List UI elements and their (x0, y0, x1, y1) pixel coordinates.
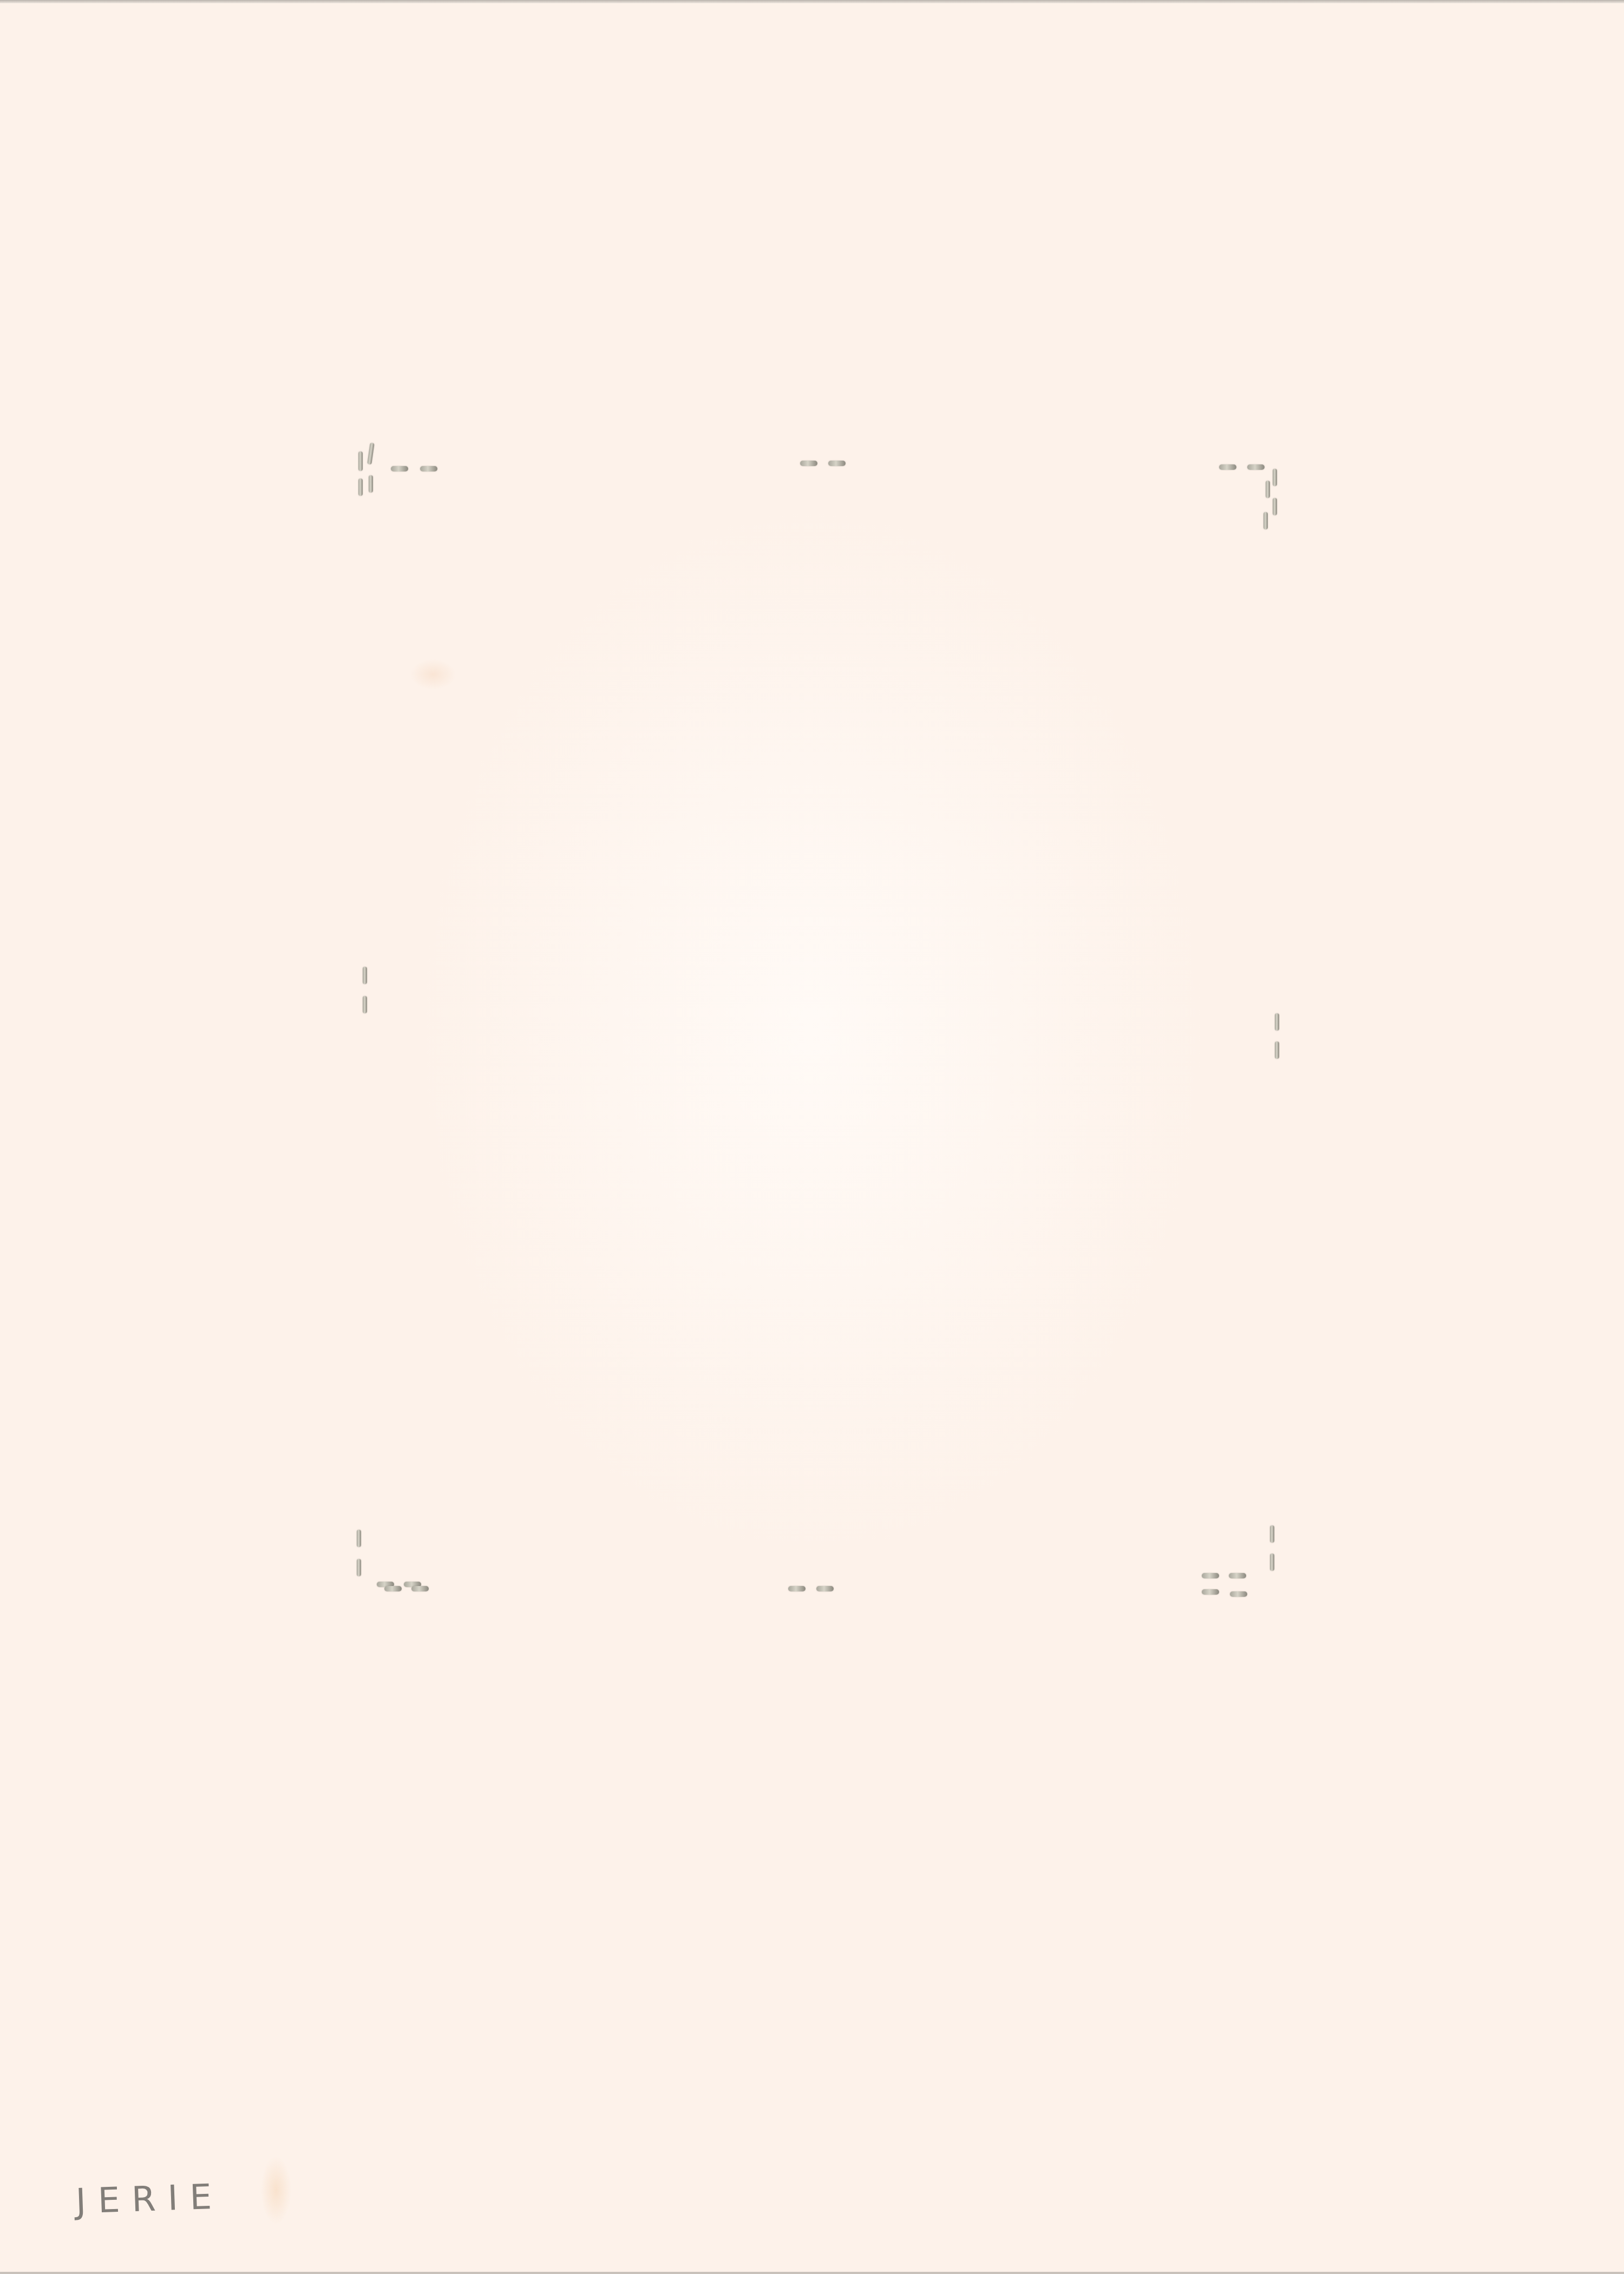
paper-sheet: JERIE (0, 3, 1624, 2272)
scan-bottom-edge (0, 2272, 1624, 2274)
pencil-signature: JERIE (75, 2177, 225, 2221)
